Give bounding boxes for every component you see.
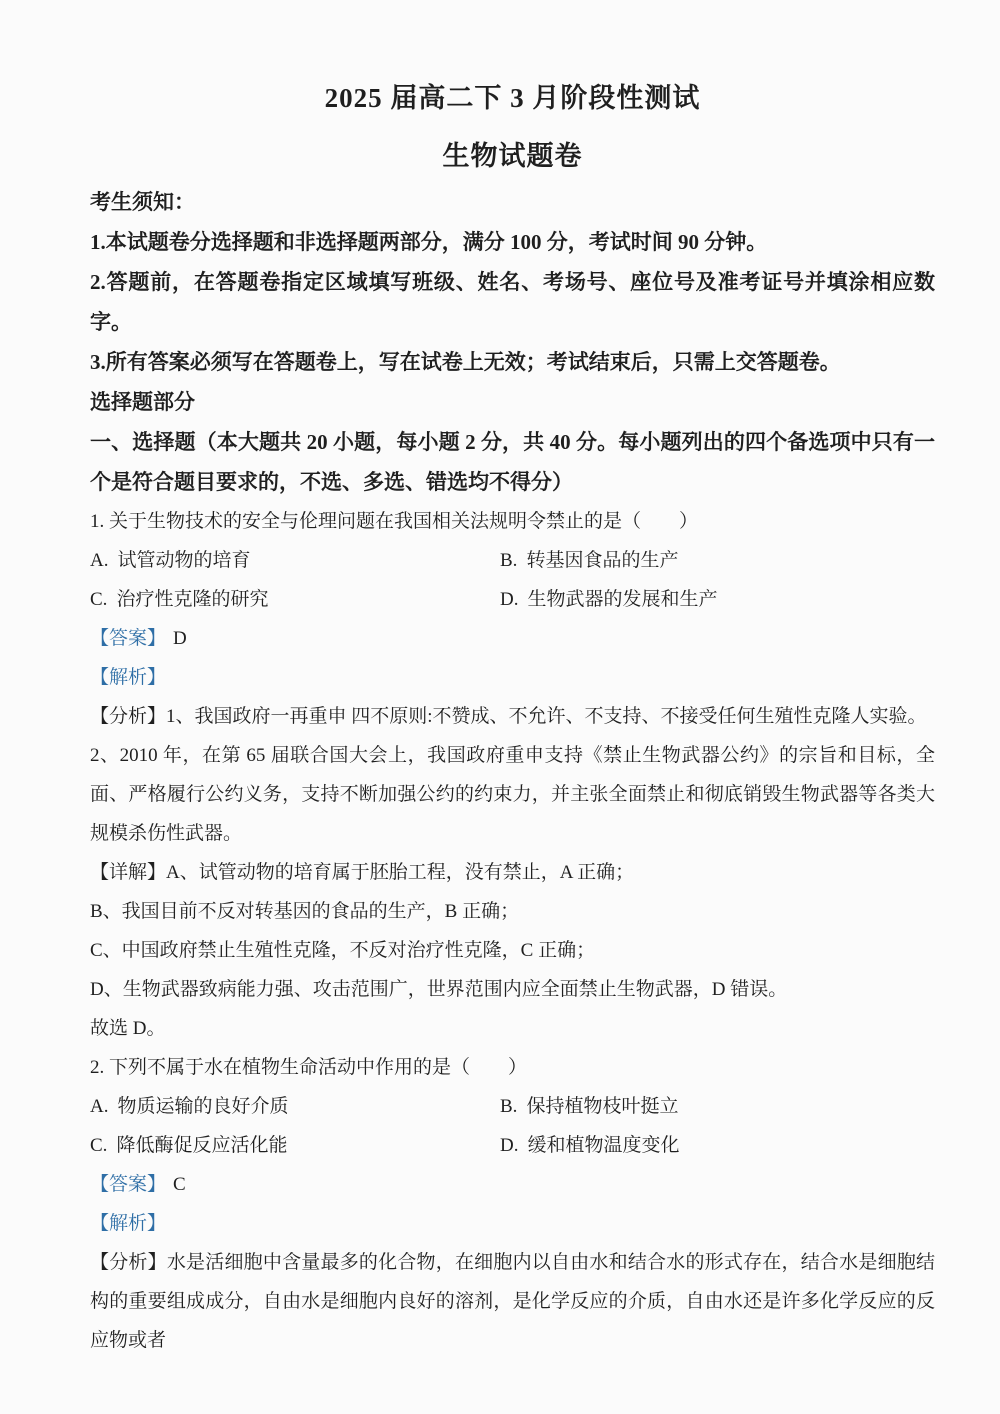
option-text: 保持植物枝叶挺立 <box>526 1096 678 1117</box>
explanation-label: 【详解】 <box>90 862 166 883</box>
section-instruction: 一、选择题（本大题共 20 小题，每小题 2 分，共 40 分。每小题列出的四个… <box>90 422 935 502</box>
question-block-2: 2. 下列不属于水在植物生命活动中作用的是（ ） A.物质运输的良好介质 B.保… <box>90 1048 935 1360</box>
explanation-paragraph: B、我国目前不反对转基因的食品的生产，B 正确； <box>90 892 935 931</box>
explanation-paragraph: C、中国政府禁止生殖性克隆，不反对治疗性克隆，C 正确； <box>90 931 935 970</box>
option-label: B. <box>500 1096 517 1117</box>
option-label: B. <box>500 550 517 571</box>
exam-document: 2025 届高二下 3 月阶段性测试 生物试题卷 考生须知： 1.本试题卷分选择… <box>0 0 1000 1360</box>
options-row: A.试管动物的培育 B.转基因食品的生产 <box>90 541 935 580</box>
answer-label: 【答案】 <box>90 628 166 649</box>
page-title: 2025 届高二下 3 月阶段性测试 <box>90 72 935 124</box>
explanation-text: A、试管动物的培育属于胚胎工程，没有禁止，A 正确； <box>166 862 634 883</box>
explanation-text: D、生物武器致病能力强、攻击范围广，世界范围内应全面禁止生物武器，D 错误。 <box>90 979 787 1000</box>
analysis-label: 【解析】 <box>90 1213 166 1234</box>
explanation-text: C、中国政府禁止生殖性克隆，不反对治疗性克隆，C 正确； <box>90 940 595 961</box>
option-text: 转基因食品的生产 <box>526 550 678 571</box>
page-subtitle: 生物试题卷 <box>90 130 935 182</box>
explanation-text: B、我国目前不反对转基因的食品的生产，B 正确； <box>90 901 519 922</box>
explanation-text: 2、2010 年，在第 65 届联合国大会上，我国政府重申支持《禁止生物武器公约… <box>90 745 935 844</box>
options-row: A.物质运输的良好介质 B.保持植物枝叶挺立 <box>90 1087 935 1126</box>
option-text: 物质运输的良好介质 <box>117 1096 288 1117</box>
question-stem: 2. 下列不属于水在植物生命活动中作用的是（ ） <box>90 1048 935 1087</box>
option-c: C.治疗性克隆的研究 <box>90 580 500 619</box>
option-d: D.缓和植物温度变化 <box>500 1126 680 1165</box>
answer-line: 【答案】C <box>90 1165 935 1204</box>
explanation-paragraph: D、生物武器致病能力强、攻击范围广，世界范围内应全面禁止生物武器，D 错误。 <box>90 970 935 1009</box>
answer-label: 【答案】 <box>90 1174 166 1195</box>
option-b: B.保持植物枝叶挺立 <box>500 1087 678 1126</box>
notice-item-1: 1.本试题卷分选择题和非选择题两部分，满分 100 分，考试时间 90 分钟。 <box>90 222 935 262</box>
option-text: 治疗性克隆的研究 <box>116 589 268 610</box>
option-a: A.物质运输的良好介质 <box>90 1087 500 1126</box>
notice-item-3: 3.所有答案必须写在答题卷上，写在试卷上无效；考试结束后，只需上交答题卷。 <box>90 342 935 382</box>
analysis-label: 【解析】 <box>90 667 166 688</box>
analysis-label-line: 【解析】 <box>90 658 935 697</box>
option-label: D. <box>500 1135 518 1156</box>
answer-line: 【答案】D <box>90 619 935 658</box>
explanation-text: 1、我国政府一再重申 四不原则:不赞成、不允许、不支持、不接受任何生殖性克隆人实… <box>166 706 927 727</box>
question-block-1: 1. 关于生物技术的安全与伦理问题在我国相关法规明令禁止的是（ ） A.试管动物… <box>90 502 935 1048</box>
option-label: C. <box>90 1135 107 1156</box>
option-label: C. <box>90 589 107 610</box>
option-label: D. <box>500 589 518 610</box>
options-row: C.降低酶促反应活化能 D.缓和植物温度变化 <box>90 1126 935 1165</box>
option-a: A.试管动物的培育 <box>90 541 500 580</box>
option-b: B.转基因食品的生产 <box>500 541 678 580</box>
option-label: A. <box>90 1096 108 1117</box>
analysis-label-line: 【解析】 <box>90 1204 935 1243</box>
explanation-paragraph: 2、2010 年，在第 65 届联合国大会上，我国政府重申支持《禁止生物武器公约… <box>90 736 935 853</box>
explanation-label: 【分析】 <box>90 1252 167 1273</box>
explanation-text: 水是活细胞中含量最多的化合物，在细胞内以自由水和结合水的形式存在，结合水是细胞结… <box>90 1252 935 1351</box>
explanation-paragraph: 【分析】水是活细胞中含量最多的化合物，在细胞内以自由水和结合水的形式存在，结合水… <box>90 1243 935 1360</box>
option-text: 试管动物的培育 <box>117 550 250 571</box>
notice-heading: 考生须知： <box>90 182 935 222</box>
option-text: 生物武器的发展和生产 <box>527 589 717 610</box>
notice-item-2: 2.答题前，在答题卷指定区域填写班级、姓名、考场号、座位号及准考证号并填涂相应数… <box>90 262 935 342</box>
option-text: 降低酶促反应活化能 <box>116 1135 287 1156</box>
explanation-paragraph: 【详解】A、试管动物的培育属于胚胎工程，没有禁止，A 正确； <box>90 853 935 892</box>
answer-value: C <box>173 1174 186 1195</box>
notice-section: 考生须知： 1.本试题卷分选择题和非选择题两部分，满分 100 分，考试时间 9… <box>90 182 935 382</box>
answer-value: D <box>173 628 187 649</box>
option-c: C.降低酶促反应活化能 <box>90 1126 500 1165</box>
explanation-text: 故选 D。 <box>90 1018 165 1039</box>
option-label: A. <box>90 550 108 571</box>
explanation-paragraph: 故选 D。 <box>90 1009 935 1048</box>
section-part-heading: 选择题部分 <box>90 382 935 422</box>
explanation-label: 【分析】 <box>90 706 166 727</box>
option-d: D.生物武器的发展和生产 <box>500 580 718 619</box>
options-row: C.治疗性克隆的研究 D.生物武器的发展和生产 <box>90 580 935 619</box>
option-text: 缓和植物温度变化 <box>527 1135 679 1156</box>
explanation-paragraph: 【分析】1、我国政府一再重申 四不原则:不赞成、不允许、不支持、不接受任何生殖性… <box>90 697 935 736</box>
question-stem: 1. 关于生物技术的安全与伦理问题在我国相关法规明令禁止的是（ ） <box>90 502 935 541</box>
